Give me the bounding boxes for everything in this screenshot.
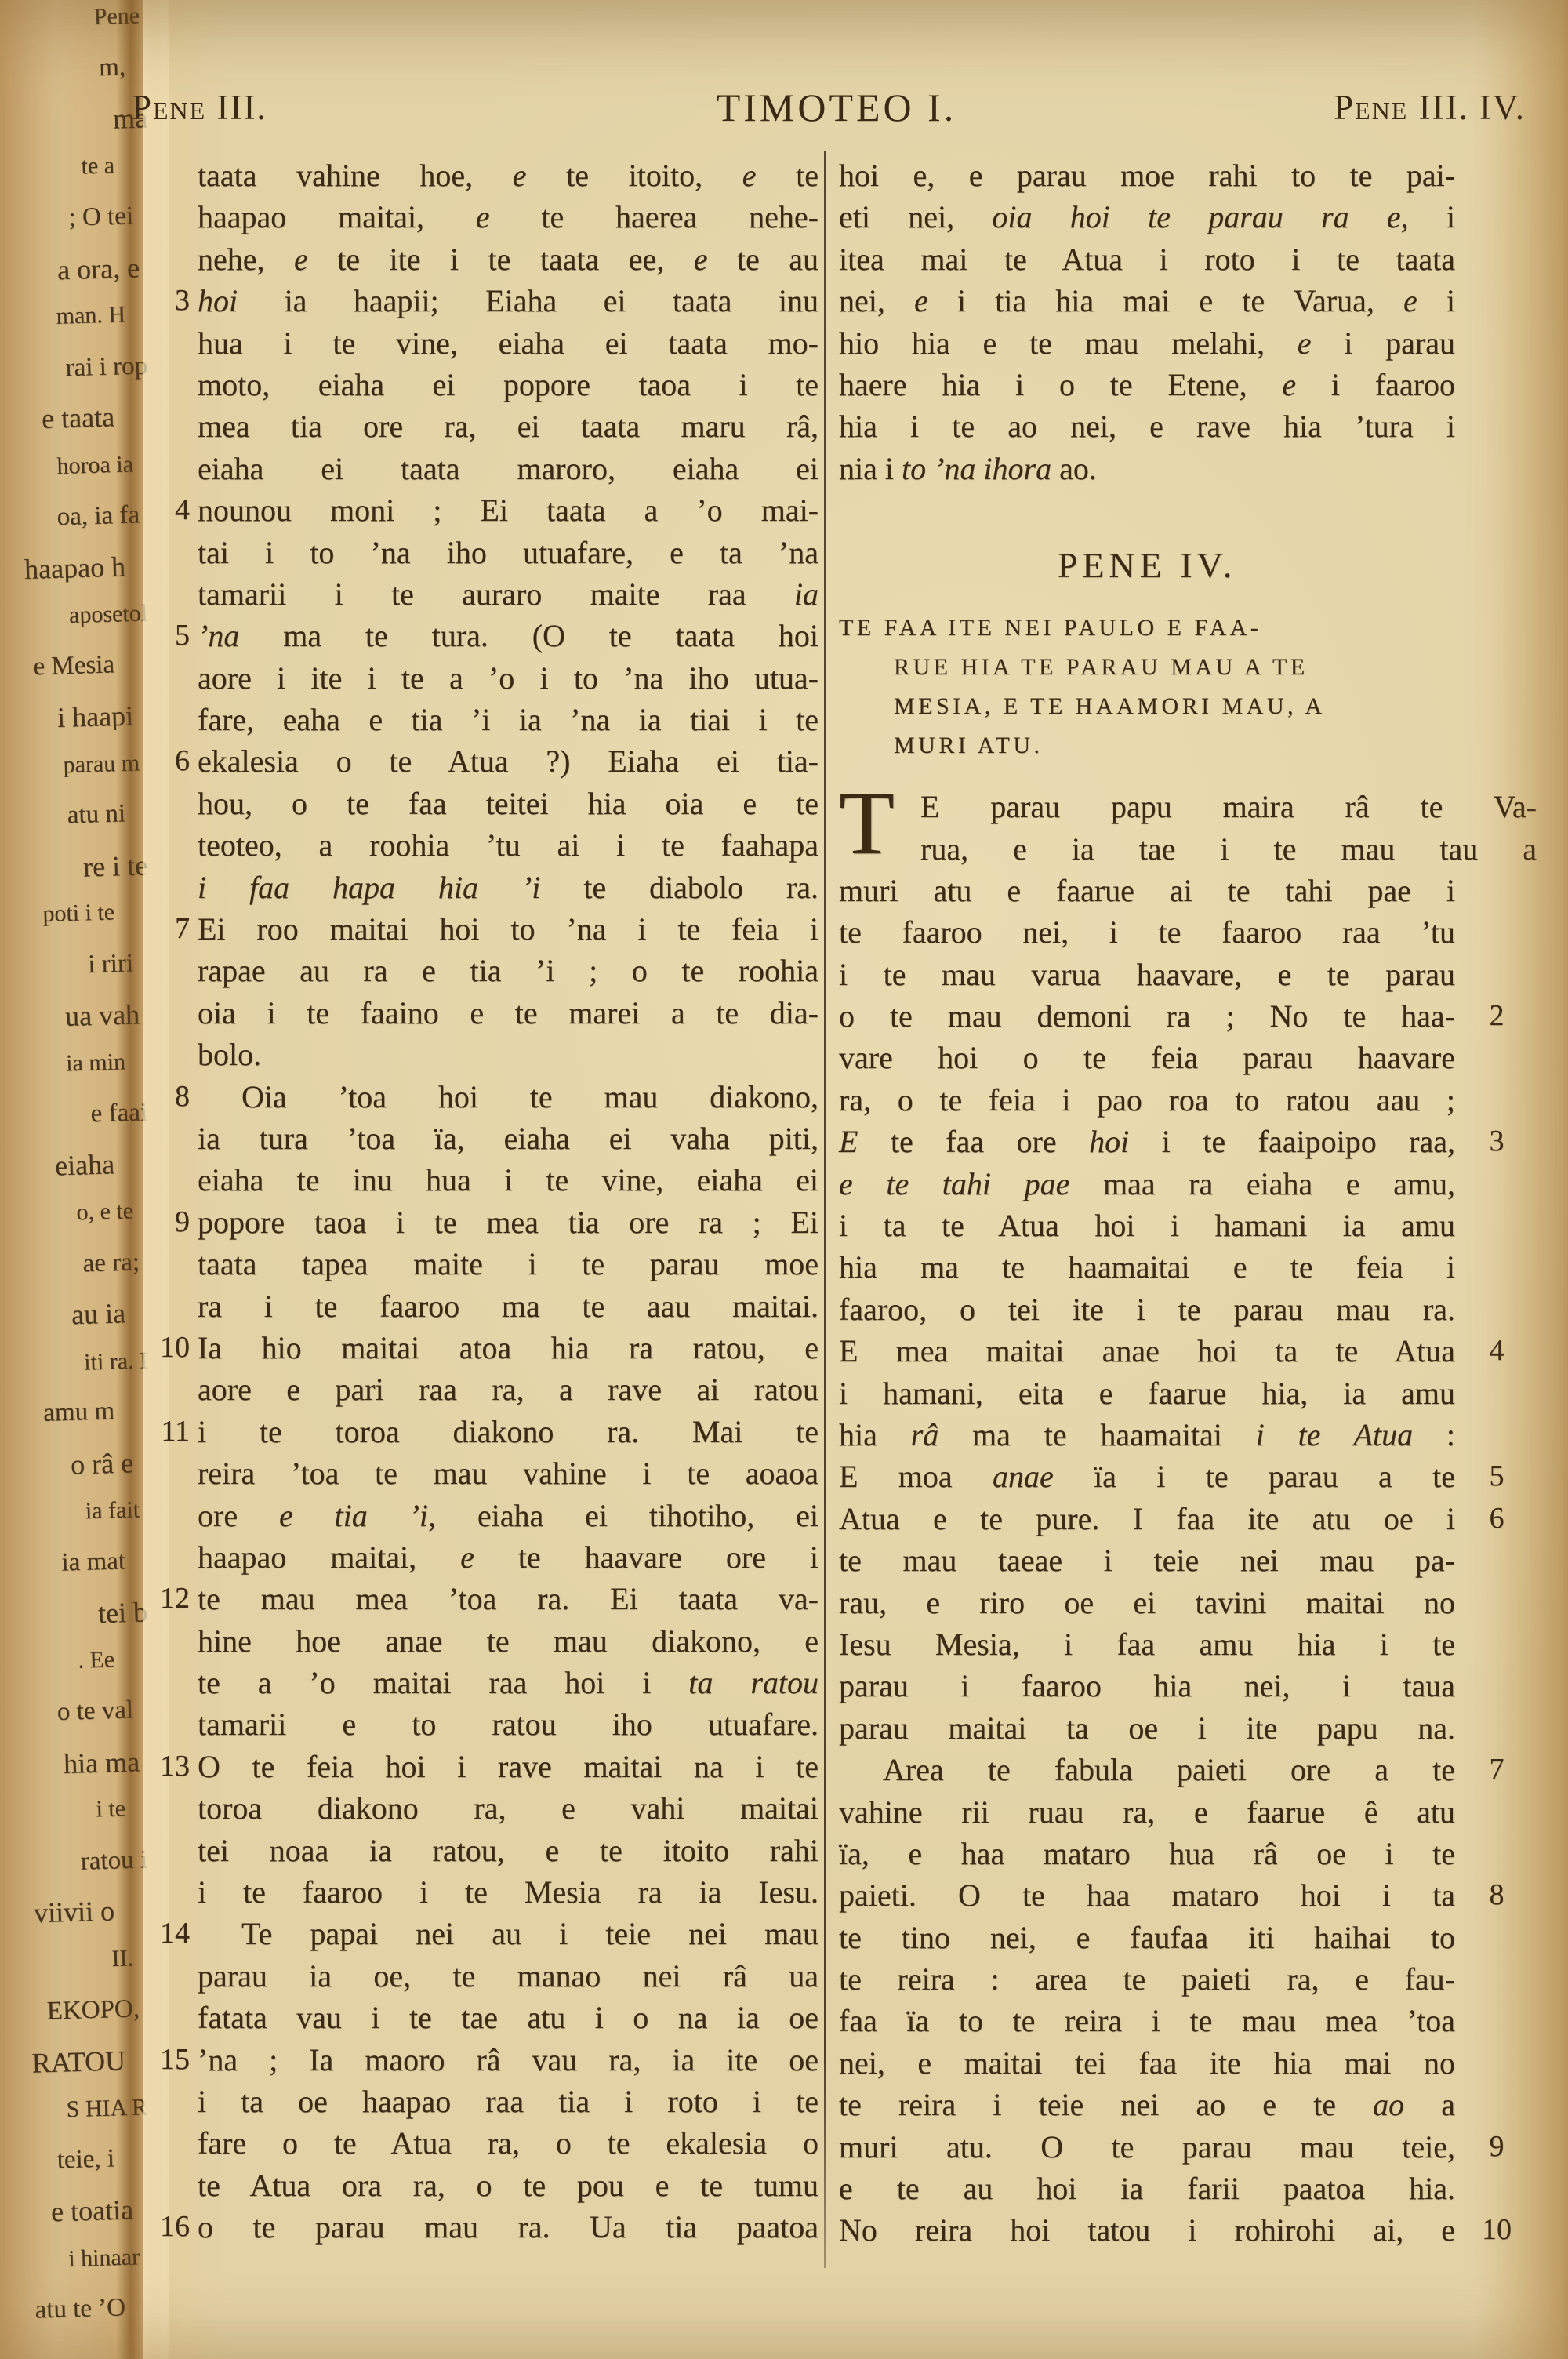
text-line: 6ekalesia o te Atua ?) Eiaha ei tia- [198,740,818,782]
text-line: ore e tia ’i, eiaha ei tihotiho, ei [198,1495,818,1536]
verse-number: 4 [1471,1330,1523,1372]
text-line: ra i te faaroo ma te aau maitai. [198,1285,818,1327]
text-line: 8Oia ’toa hoi te mau diakono, [198,1076,818,1118]
verse-number: 2 [1471,995,1523,1037]
text-line: 10Ia hio maitai atoa hia ra ratou, e [198,1327,818,1369]
verse-number: 16 [152,2206,190,2248]
text-line: te tino nei, e faufaa iti haihai to [839,1917,1455,1958]
text-line: i te mau varua haavare, e te parau [839,954,1455,995]
running-header: Pene III. TIMOTEO I. Pene III. IV. [0,83,1568,132]
text-line: i ta te Atua hoi i hamani ia amu [839,1205,1455,1246]
text-line: muri atu e faarue ai te tahi pae i [839,870,1455,911]
text-line: te reira : area te paieti ra, e fau- [839,1958,1455,2000]
text-line: eiaha te inu hua i te vine, eiaha ei [198,1159,818,1201]
text-line: nehe, e te ite i te taata ee, e te au [198,238,818,280]
text-line: taata tapea maite i te parau moe [198,1243,818,1285]
gutter-text-fragment: . Ee [0,1648,114,1675]
text-line: i faa hapa hia ’i te diabolo ra. [198,867,818,908]
gutter-text-fragment: m, [0,54,125,84]
text-line: aore i ite i te a ’o i to ’na iho utua- [198,657,818,699]
text-line: oia i te faaino e te marei a te dia- [198,992,818,1034]
text-line: parau i faaroo hia nei, i taua [839,1665,1455,1707]
gutter-text-fragment: i te [0,1797,125,1824]
chapter4-body-text: TE parau papu maira râ te Va-rua, e ia t… [839,786,1455,2252]
column-divider-rule [824,151,826,2268]
text-line: rapae au ra e tia ’i ; o te roohia [198,950,818,991]
gutter-text-fragment: II. [0,1946,133,1974]
text-line: haere hia i o te Etene, e i faaroo [839,364,1455,405]
chapter-heading: PENE IV. [839,541,1455,590]
book-gutter: Penem,mate a; O teia ora, eman. Hrai i r… [0,0,169,2359]
gutter-crease-shadow [116,0,143,2359]
text-line: faa ïa to te reira i te mau mea ’toa [839,2000,1455,2041]
verse-number: 4 [152,489,190,531]
text-line: vahine rii ruau ra, e faarue ê atu [839,1791,1455,1833]
text-line: 3E te faa ore hoi i te faaipoipo raa, [839,1121,1455,1162]
text-line: itea mai te Atua i roto i te taata [839,238,1455,280]
text-line: nei, e maitai tei faa ite hia mai no [839,2042,1455,2084]
text-line: parau maitai ta oe i ite papu na. [839,1707,1455,1749]
gutter-text-fragment: haapao h [0,552,125,584]
text-line: e te au hoi ia farii paatoa hia. [839,2168,1455,2209]
verse-number: 5 [152,615,190,656]
gutter-text-fragment: e taata [0,402,114,434]
chapter-summary: TE FAA ITE NEI PAULO E FAA-RUE HIA TE PA… [839,609,1455,765]
text-line: 4E mea maitai anae hoi ta te Atua [839,1330,1455,1372]
gutter-text-fragment: i riri [0,951,133,980]
chapter-summary-line: TE FAA ITE NEI PAULO E FAA- [839,609,1455,648]
text-line: 9popore taoa i te mea tia ore ra ; Ei [198,1201,818,1243]
running-header-chapter-right: Pene III. IV. [1334,83,1526,132]
page-fold-highlight [143,0,169,2359]
verse-number: 6 [1471,1498,1523,1539]
verse-number: 15 [152,2039,190,2081]
text-line: eiaha ei taata maroro, eiaha ei [198,448,818,489]
chapter3-ending-text: hoi e, e parau moe rahi to te pai-eti ne… [839,154,1455,489]
text-line: hou, o te faa teitei hia oia e te [198,783,818,824]
verse-number: 8 [1471,1874,1523,1916]
text-line: 5’na ma te tura. (O te taata hoi [198,615,818,656]
text-line: te mau taeae i teie nei mau pa- [839,1539,1455,1581]
verse-number: 10 [152,1327,190,1369]
text-line: hia ma te haamaitai e te feia i [839,1246,1455,1288]
text-line: 12te mau mea ’toa ra. Ei taata va- [198,1578,818,1619]
text-line: taata vahine hoe, e te itoito, e te [198,154,818,196]
text-line: mea tia ore ra, ei taata maru râ, [198,405,818,447]
text-line: fatata vau i te tae atu i o na ia oe [198,1997,818,2038]
text-line: 2o te mau demoni ra ; No te haa- [839,995,1455,1037]
gutter-text-fragment: o te val [0,1697,133,1727]
gutter-text-fragment: man. H [0,303,125,330]
text-line: i ta oe haapao raa tia i roto i te [198,2081,818,2122]
text-line: tei noaa ia ratou, e te itoito rahi [198,1830,818,1871]
text-line: ra, o te feia i pao roa to ratou aau ; [839,1079,1455,1121]
text-line: i hamani, eita e faarue hia, ia amu [839,1372,1455,1414]
text-line: nei, e i tia hia mai e te Varua, e i [839,280,1455,322]
gutter-text-fragment: atu te ’O [0,2295,125,2324]
text-line: haapao maitai, e te haerea nehe- [198,196,818,238]
text-line: 3hoi ia haapii; Eiaha ei taata inu [198,280,818,322]
text-line: teoteo, a roohia ’tu ai i te faahapa [198,824,818,866]
text-line: toroa diakono ra, e vahi maitai [198,1787,818,1829]
text-line: 14Te papai nei au i teie nei mau [198,1913,818,1954]
text-line: te faaroo nei, i te faaroo raa ’tu [839,911,1455,953]
gutter-text-fragment: te a [0,154,114,181]
text-line: 15’na ; Ia maoro râ vau ra, ia ite oe [198,2039,818,2081]
verse-number: 13 [152,1746,190,1787]
verse-number: 3 [1471,1121,1523,1162]
chapter-summary-line: MURI ATU. [839,726,1455,765]
text-line: 5E moa anae ïa i te parau a te [839,1456,1455,1497]
text-line: 11i te toroa diakono ra. Mai te [198,1411,818,1452]
text-line: ia tura ’toa ïa, eiaha ei vaha piti, [198,1118,818,1159]
text-line: tamarii e to ratou iho utuafare. [198,1703,818,1745]
text-line: 7Area te fabula paieti ore a te [839,1749,1455,1790]
verse-number: 9 [1471,2126,1523,2168]
verse-number: 7 [1471,1749,1523,1790]
text-line: te Atua ora ra, o te pou e te tumu [198,2165,818,2206]
text-line: rau, e riro oe ei tavini maitai no [839,1582,1455,1623]
gutter-text-fragment: eiaha [0,1150,114,1182]
text-line: faaroo, o tei ite i te parau mau ra. [839,1289,1455,1330]
verse-number: 3 [152,280,190,322]
text-line: rua, e ia tae i te mau tau a [839,828,1455,870]
gutter-text-fragment: o, e te [0,1199,133,1227]
text-line: hua i te vine, eiaha ei taata mo- [198,322,818,364]
text-line: 9muri atu. O te parau mau teie, [839,2126,1455,2168]
text-line: reira ’toa te mau vahine i te aoaoa [198,1452,818,1494]
right-column: hoi e, e parau moe rahi to te pai-eti ne… [839,154,1455,2252]
text-line: nia i to ’na ihora ao. [839,448,1455,489]
text-line: 16o te parau mau ra. Ua tia paatoa [198,2206,818,2248]
verse-number: 9 [152,1201,190,1243]
text-line: eti nei, oia hoi te parau ra e, i [839,196,1455,238]
text-line: i te faaroo i te Mesia ra ia Iesu. [198,1871,818,1913]
verse-number: 11 [152,1411,190,1452]
text-line: ïa, e haa mataro hua râ oe i te [839,1833,1455,1874]
text-line: 8paieti. O te haa mataro hoi i ta [839,1874,1455,1916]
verse-number: 10 [1471,2209,1523,2251]
text-line: haapao maitai, e te haavare ore i [198,1536,818,1578]
chapter-summary-line: MESIA, E TE HAAMORI MAU, A [839,687,1455,726]
text-line: hoi e, e parau moe rahi to te pai- [839,154,1455,196]
text-line: te reira i teie nei ao e te ao a [839,2084,1455,2125]
gutter-text-fragment: atu ni [0,801,125,831]
gutter-text-fragment: e toatia [0,2195,133,2227]
left-column: taata vahine hoe, e te itoito, e tehaapa… [198,154,818,2248]
text-line: hio hia e te mau melahi, e i parau [839,322,1455,364]
gutter-text-fragment: teie, i [0,2146,114,2175]
text-line: te a ’o maitai raa hoi i ta ratou [198,1662,818,1703]
text-line: 10No reira hoi tatou i rohirohi ai, e [839,2209,1455,2251]
running-header-chapter-left: Pene III. [132,83,267,132]
text-line: bolo. [198,1034,818,1075]
text-line: moto, eiaha ei popore taoa i te [198,364,818,405]
verse-number: 7 [152,908,190,950]
text-line: fare, eaha e tia ’i ia ’na ia tiai i te [198,699,818,740]
text-line: 7Ei roo maitai hoi to ’na i te feia i [198,908,818,950]
text-line: TE parau papu maira râ te Va- [839,786,1455,827]
gutter-text-fragment: horoa ia [0,453,133,480]
gutter-text-fragment: RATOU [0,2046,125,2078]
verse-number: 5 [1471,1456,1523,1497]
verse-number: 12 [152,1578,190,1619]
running-header-book-title: TIMOTEO I. [445,83,1229,132]
text-line: hia i te ao nei, e rave hia ’tura i [839,405,1455,447]
text-line: fare o te Atua ra, o te ekalesia o [198,2122,818,2164]
text-line: 6Atua e te pure. I faa ite atu oe i [839,1498,1455,1539]
gutter-text-fragment: viivii o [0,1896,114,1928]
text-line: 4nounou moni ; Ei taata a ’o mai- [198,489,818,531]
gutter-text-fragment: ia min [0,1050,125,1078]
text-line: e te tahi pae maa ra eiaha e amu, [839,1163,1455,1205]
verse-number: 6 [152,740,190,782]
gutter-text-fragment: ia mat [0,1548,125,1578]
gutter-text-fragment: o râ e [0,1448,133,1481]
text-line: vare hoi o te feia parau haavare [839,1037,1455,1078]
text-line: aore e pari raa ra, a rave ai ratou [198,1369,818,1410]
text-line: hia râ ma te haamaitai i te Atua : [839,1414,1455,1456]
text-line: hine hoe anae te mau diakono, e [198,1620,818,1662]
chapter-summary-line: RUE HIA TE PARAU MAU A TE [839,648,1455,687]
gutter-text-fragment: au ia [0,1299,125,1331]
book-page-scan: Penem,mate a; O teia ora, eman. Hrai i r… [0,0,1568,2359]
gutter-text-fragment: i haapi [0,701,133,733]
gutter-text-fragment: amu m [0,1398,114,1428]
gutter-text-fragment: e Mesia [0,652,114,682]
verse-number: 8 [152,1076,190,1118]
gutter-text-fragment: poti i te [0,900,114,928]
text-line: 13O te feia hoi i rave maitai na i te [198,1746,818,1787]
gutter-text-fragment: ; O tei [0,203,133,233]
text-line: parau ia oe, te manao nei râ ua [198,1955,818,1997]
text-line: Iesu Mesia, i faa amu hia i te [839,1623,1455,1665]
text-line: tamarii i te auraro maite raa ia [198,573,818,615]
verse-number: 14 [152,1913,190,1954]
text-line: tai i to ’na iho utuafare, e ta ’na [198,532,818,573]
